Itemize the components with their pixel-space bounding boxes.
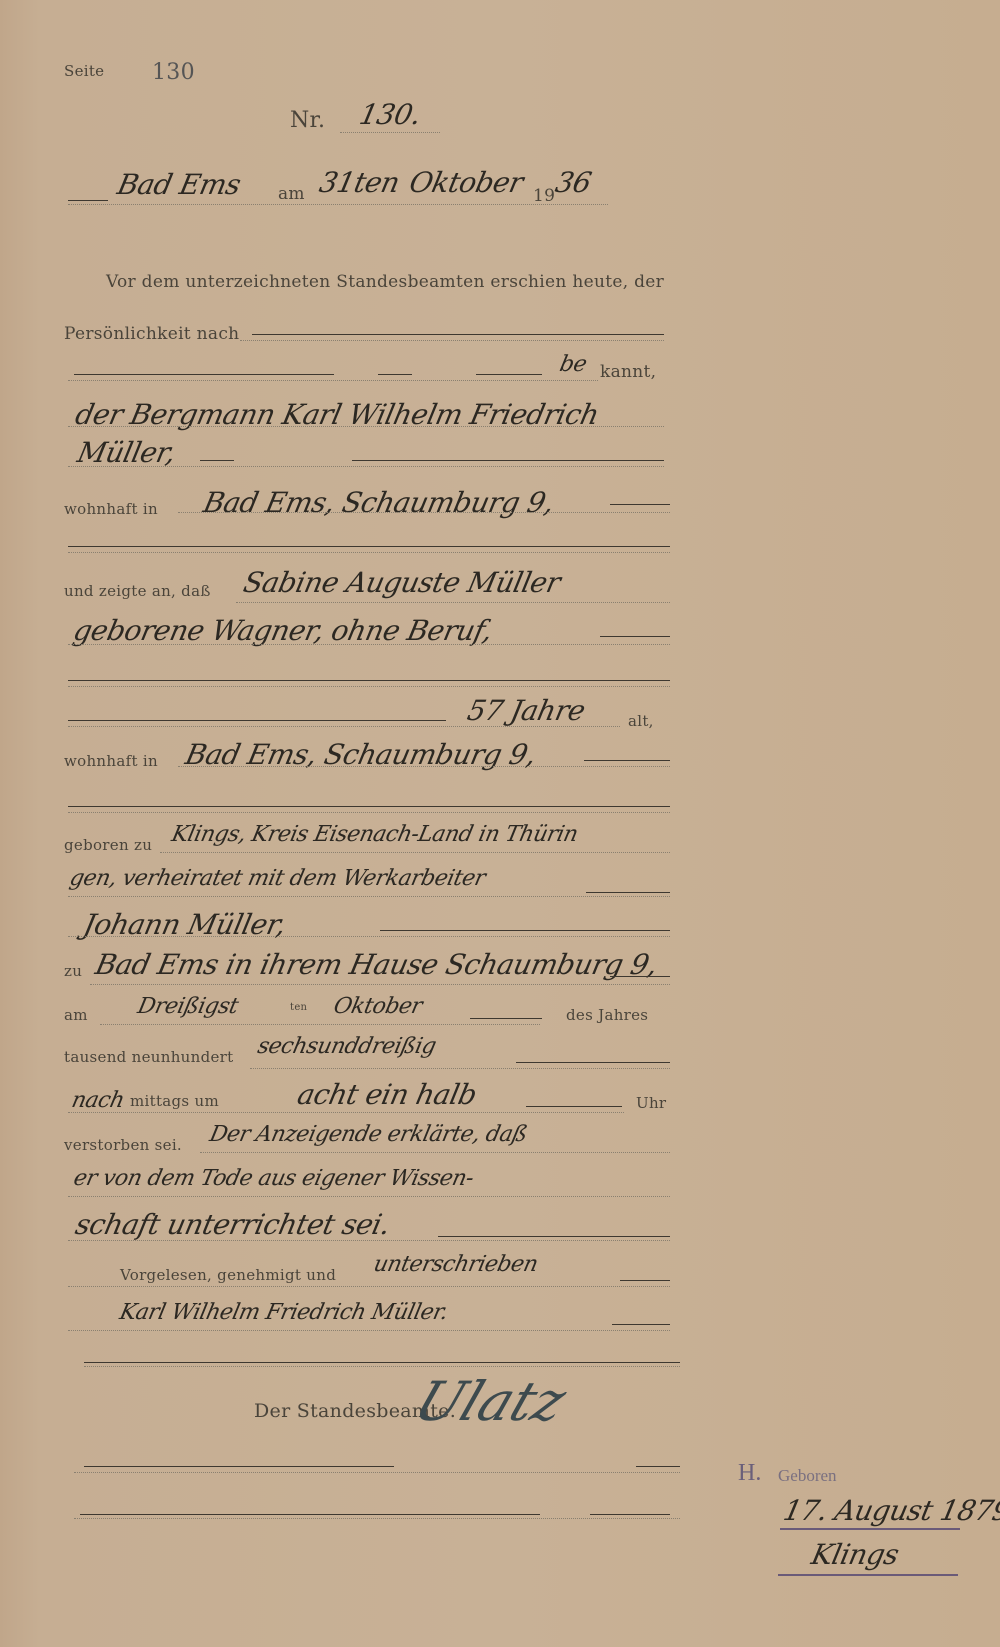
informant-line2: Müller, [74,436,178,469]
rule [378,374,412,375]
mittags-label: mittags um [130,1092,219,1110]
remark-line1: Der Anzeigende erklärte, daß [207,1122,529,1147]
rule [620,1280,670,1281]
document-page: Seite 130 Nr. 130. Bad Ems am 31ten Okto… [0,0,1000,1647]
death-place: Bad Ems in ihrem Hause Schaumburg 9, [92,948,660,981]
deceased-name-line2: geborene Wagner, ohne Beruf, [70,614,495,647]
rule [380,930,670,931]
dotted-line [68,1240,670,1241]
verstorben-label: verstorben sei. [64,1136,182,1154]
dotted-line [250,1068,670,1069]
seite-label: Seite [64,62,104,80]
rule [68,720,446,721]
des-jahres-label: des Jahres [566,1006,648,1024]
intro-line1: Vor dem unterzeichneten Standesbeamten e… [106,272,664,292]
nr-label: Nr. [290,108,325,133]
remark-line3: schaft unterrichtet sei. [72,1208,392,1241]
rule [74,374,334,375]
dotted-line [68,812,670,813]
day-hand: 31ten [316,166,402,199]
death-year-words: sechsunddreißig [255,1034,438,1059]
rule [610,976,670,977]
dotted-line [68,644,670,645]
dotted-line [68,204,608,205]
rule [600,636,670,637]
death-day: Dreißigst [135,994,240,1019]
uhr-label: Uhr [636,1094,666,1112]
rule [584,760,670,761]
purple-rule [780,1528,960,1530]
rule [612,1324,670,1325]
vorgelesen-label: Vorgelesen, genehmigt und [120,1266,336,1284]
nr-value: 130. [356,98,423,131]
deceased-name-line1: Sabine Auguste Müller [240,566,563,599]
tausend-label: tausend neunhundert [64,1048,233,1066]
place-hand: Bad Ems [114,168,243,201]
informant-residence: Bad Ems, Schaumburg 9, [200,486,556,519]
dotted-line [178,512,670,513]
rule [438,1236,670,1237]
stamp-label: Geboren [778,1466,837,1486]
wohnhaft-label-2: wohnhaft in [64,752,158,770]
rule [252,334,664,335]
rule [470,1018,542,1019]
year-prefix: 19 [533,186,555,206]
dotted-line [68,380,598,381]
rule [200,460,234,461]
rule [80,1514,540,1515]
rule [636,1466,680,1467]
declaration-label: und zeigte an, daß [64,582,211,600]
rule [586,892,670,893]
dotted-line [200,1152,670,1153]
dotted-line [68,1286,670,1287]
rule [476,374,542,375]
am-label-2: am [64,1006,88,1024]
rule [352,460,664,461]
margin-birth-place: Klings [808,1538,901,1571]
year-suffix: 36 [552,166,594,199]
rule [68,546,670,547]
margin-birth-date: 17. August 1879 [780,1494,1000,1527]
rule [84,1362,680,1363]
dotted-line [68,726,620,727]
dotted-line [74,1518,680,1519]
remark-line2: er von dem Tode aus eigener Wissen- [71,1166,475,1191]
known-print: kannt, [600,362,656,382]
dotted-line [68,426,664,427]
rule [68,680,670,681]
seite-number: 130 [152,60,195,85]
dotted-line [236,602,670,603]
known-hand: be [557,352,588,377]
dotted-line [90,984,670,985]
am-label: am [278,184,305,204]
rule [84,1466,394,1467]
unterschrieben-hand: unterschrieben [371,1252,540,1277]
rule [68,806,670,807]
dotted-line [68,936,670,937]
stamp-letter: H. [738,1460,761,1487]
rule [590,1514,670,1515]
intro-line2: Persönlichkeit nach [64,324,239,344]
rule [516,1062,670,1063]
dotted-line [68,896,670,897]
zu-label: zu [64,962,82,980]
death-month: Oktober [331,994,424,1019]
purple-rule [778,1574,958,1576]
month-hand: Oktober [406,166,525,199]
rule [526,1106,622,1107]
dotted-line [100,1024,540,1025]
rule [610,504,670,505]
dotted-line [160,852,670,853]
signature-official: Ulatz [407,1370,575,1433]
alt-label: alt, [628,712,654,730]
birth-line2: gen, verheiratet mit dem Werkarbeiter [67,866,487,891]
deceased-age: 57 Jahre [464,694,587,727]
birth-line1: Klings, Kreis Eisenach-Land in Thürin [169,822,580,847]
dotted-line [68,1112,624,1113]
dotted-line [68,1330,670,1331]
nach-hand: nach [69,1088,126,1113]
signature-informant: Karl Wilhelm Friedrich Müller. [117,1300,450,1325]
rule [68,200,108,201]
dotted-line [68,686,670,687]
dotted-line [68,552,670,553]
nr-line [340,132,440,133]
geboren-label: geboren zu [64,836,152,854]
wohnhaft-label: wohnhaft in [64,500,158,518]
dotted-line [68,466,664,467]
dotted-line [84,1366,680,1367]
death-time: acht ein halb [294,1078,479,1111]
dotted-line [68,1196,670,1197]
ten-label: ten [290,1002,307,1013]
dotted-line [74,1472,680,1473]
dotted-line [178,766,670,767]
dotted-line [240,340,664,341]
